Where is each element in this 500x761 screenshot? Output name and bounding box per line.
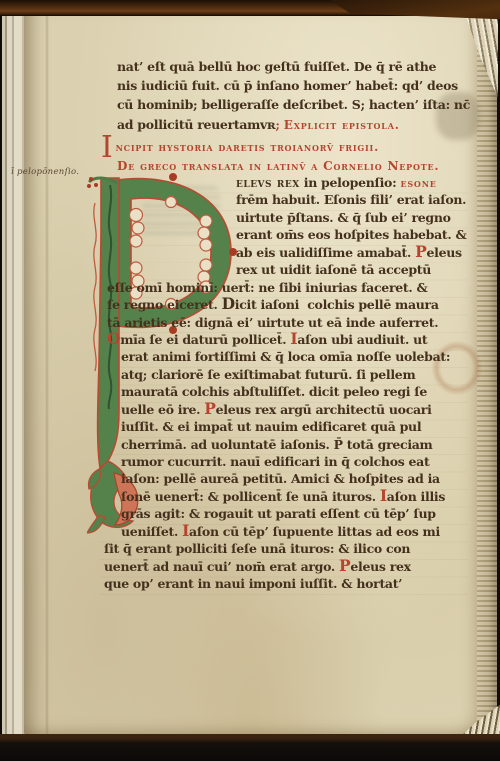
text-segment: aſon ubi audiuit. ut	[297, 332, 427, 347]
text-segment: in pelopenſio:	[300, 175, 401, 190]
text-segment: mīa ſe ei daturū pollicet̄.	[120, 332, 290, 347]
manuscript-line: uirtute p̄ſtans. & q̄ ſub ei’ regno	[236, 209, 496, 226]
manuscript-line: uenert̄ ad nauī cui’ nom̄ erat argo. Pel…	[104, 558, 496, 575]
manuscript-line: tā arietis eē: dignā ei’ uirtute ut eā i…	[107, 314, 496, 331]
text-segment: icit iaſoni colchis pellē maura	[235, 297, 439, 312]
text-segment: ab eis ualidiſſime amabat̄.	[236, 245, 415, 260]
manuscript-line: erant om̄s eos hoſpites habebat. &	[236, 226, 496, 243]
text-segment: ueniſſet.	[121, 524, 182, 539]
text-segment: rex ut uidit iaſonē tā acceptū	[236, 262, 431, 277]
manuscript-line: ſe regno eiceret. Dicit iaſoni colchis p…	[107, 296, 496, 313]
text-segment: ſonē uenert̄: & pollicent̄ ſe unā ituros…	[121, 489, 380, 504]
rubric-segment: P	[339, 556, 350, 575]
manuscript-line: ab eis ualidiſſime amabat̄. Peleus	[236, 244, 496, 261]
text-segment: ſe regno eiceret.	[107, 297, 222, 312]
text-segment: iuſſit. & ei impat̄ ut nauim edificaret …	[121, 419, 421, 434]
manuscript-line: iaſon: pellē aureā petitū. Amici & hoſpi…	[121, 470, 496, 487]
rubric-segment: O	[107, 329, 120, 348]
rubric-segment: D	[222, 294, 235, 313]
manuscript-line: cherrimā. ad uoluntatē iaſonis. P̄ totā …	[121, 436, 496, 453]
manuscript-line: grās agit: & rogauit ut parati eſſent cū…	[121, 505, 496, 522]
text-segment: cherrimā. ad uoluntatē iaſonis. P̄ totā …	[121, 437, 433, 452]
rubric-segment: I	[101, 130, 113, 165]
rubric-segment: P	[204, 399, 215, 418]
manuscript-line: De greco translata in latinv̄ a Cornelio…	[117, 156, 496, 175]
manuscript-line: que op’ erant in naui imponi iuſſit. & h…	[104, 575, 496, 592]
text-segment: uelle eō ire.	[121, 402, 204, 417]
text-segment: uirtute p̄ſtans. & q̄ ſub ei’ regno	[236, 210, 451, 225]
text-segment: iaſon: pellē aureā petitū. Amici & hoſpi…	[121, 471, 440, 486]
manuscript-line: erat animi fortiſſimi & q̄ loca omīa noſ…	[121, 348, 496, 365]
manuscript-line: nis iudiciū fuit. cū p̄ inſano homer’ ha…	[117, 76, 496, 95]
text-segment: frēm habuit. Eſonis fili’ erat iaſon.	[236, 192, 466, 207]
manuscript-line: elevs rex in pelopenſio: esone	[236, 174, 496, 191]
rubric-segment: Explicit epistola.	[284, 118, 400, 132]
manuscript-line: frēm habuit. Eſonis fili’ erat iaſon.	[236, 191, 496, 208]
manuscript-photo: ī pelopōnenſio. nat’ eſt quā bellū hoc g…	[0, 0, 500, 761]
manuscript-line: iuſſit. & ei impat̄ ut nauim edificaret …	[121, 418, 496, 435]
text-segment: rumor cucurrit. nauī edificari in q̄ col…	[121, 454, 429, 469]
text-tb1: nat’ eſt quā bellū hoc geſtū fuiſſet. De…	[0, 57, 496, 135]
manuscript-line: ſonē uenert̄: & pollicent̄ ſe unā ituros…	[121, 488, 496, 505]
rubric-segment: esone	[400, 176, 436, 190]
text-segment: erat animi fortiſſimi & q̄ loca omīa noſ…	[121, 349, 450, 364]
manuscript-line: uelle eō ire. Peleus rex argū architectū…	[121, 401, 496, 418]
manuscript-line: ſit q̄ erant polliciti ſeſe unā ituros: …	[104, 540, 496, 557]
rubric-segment: ;	[275, 117, 283, 132]
manuscript-line: mauratā colchis abſtuliſſet. dicit peleo…	[121, 383, 496, 400]
text-segment: aſon illis	[387, 489, 445, 504]
text-segment: cū hominib; belligeraſſe deſcribet. S; h…	[117, 97, 470, 112]
text-segment: mauratā colchis abſtuliſſet. dicit peleo…	[121, 384, 427, 399]
manuscript-line: rumor cucurrit. nauī edificari in q̄ col…	[121, 453, 496, 470]
text-segment: nat’ eſt quā bellū hoc geſtū fuiſſet. De…	[117, 59, 436, 74]
rubric-segment: elevs rex	[236, 175, 300, 190]
manuscript-line: nat’ eſt quā bellū hoc geſtū fuiſſet. De…	[117, 57, 496, 76]
text-segment: eleus rex argū architectū uocari	[216, 402, 432, 417]
text-segment: ſit q̄ erant polliciti ſeſe unā ituros: …	[104, 541, 410, 556]
text-tb3: elevs rex in pelopenſio: esonefrēm habui…	[0, 174, 496, 593]
manuscript-line: Omīa ſe ei daturū pollicet̄. Iaſon ubi a…	[107, 331, 496, 348]
manuscript-line: atq; clariorē ſe exiſtimabat futurū. ſi …	[121, 366, 496, 383]
manuscript-line: cū hominib; belligeraſſe deſcribet. S; h…	[117, 95, 496, 114]
manuscript-line: Incipit hystoria daretis troianorv̄ frig…	[101, 137, 496, 156]
text-segment: grās agit: & rogauit ut parati eſſent cū…	[121, 506, 436, 521]
text-segment: erant om̄s eos hoſpites habebat. &	[236, 227, 466, 242]
text-segment: eſſe omī hominī: uert̄: ne ſibi iniurias…	[107, 280, 427, 295]
text-segment: que op’ erant in naui imponi iuſſit. & h…	[104, 576, 402, 591]
manuscript-line: eſſe omī hominī: uert̄: ne ſibi iniurias…	[107, 279, 496, 296]
text-segment: atq; clariorē ſe exiſtimabat futurū. ſi …	[121, 367, 415, 382]
text-tb2: Incipit hystoria daretis troianorv̄ frig…	[0, 137, 496, 175]
rubric-segment: I	[182, 521, 189, 540]
manuscript-line: rex ut uidit iaſonē tā acceptū	[236, 261, 496, 278]
rubric-segment: De greco translata in latinv̄ a Cornelio…	[117, 159, 439, 173]
manuscript-line: ad pollicitū reuertamvʀ; Explicit episto…	[117, 115, 496, 135]
text-segment: nis iudiciū fuit. cū p̄ inſano homer’ ha…	[117, 78, 458, 93]
text-segment: ad pollicitū reuertamvʀ	[117, 117, 275, 132]
text-segment: aſon cū tēp’ ſupuente littas ad eos mi	[189, 524, 440, 539]
text-segment: uenert̄ ad nauī cui’ nom̄ erat argo.	[104, 559, 339, 574]
text-segment: eleus	[427, 245, 462, 260]
text-segment: tā arietis eē: dignā ei’ uirtute ut eā i…	[107, 315, 438, 330]
manuscript-line: ueniſſet. Iaſon cū tēp’ ſupuente littas …	[121, 523, 496, 540]
book-bottom-shadow	[0, 734, 500, 761]
rubric-segment: ncipit hystoria daretis troianorv̄ frigi…	[116, 140, 380, 154]
text-segment: eleus rex	[350, 559, 410, 574]
rubric-segment: I	[380, 486, 387, 505]
rubric-segment: P	[415, 242, 426, 261]
